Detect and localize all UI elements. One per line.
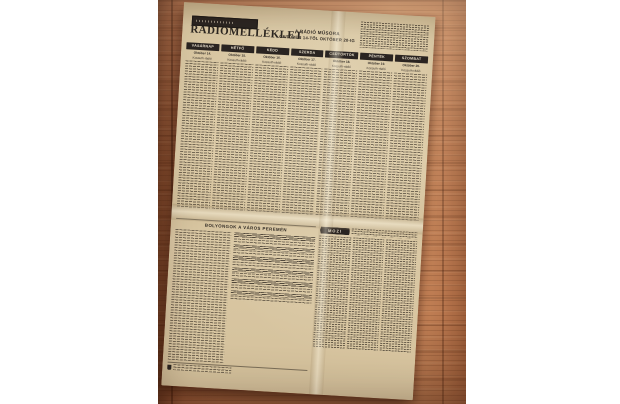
screenshot-canvas: RÁDIÓMELLÉKLET A RÁDIÓ MŰSORA OKTÓBER 14… bbox=[0, 0, 620, 404]
photo-of-newspaper-on-wood-floor: RÁDIÓMELLÉKLET A RÁDIÓ MŰSORA OKTÓBER 14… bbox=[158, 0, 466, 404]
photo-vignette bbox=[158, 0, 466, 404]
